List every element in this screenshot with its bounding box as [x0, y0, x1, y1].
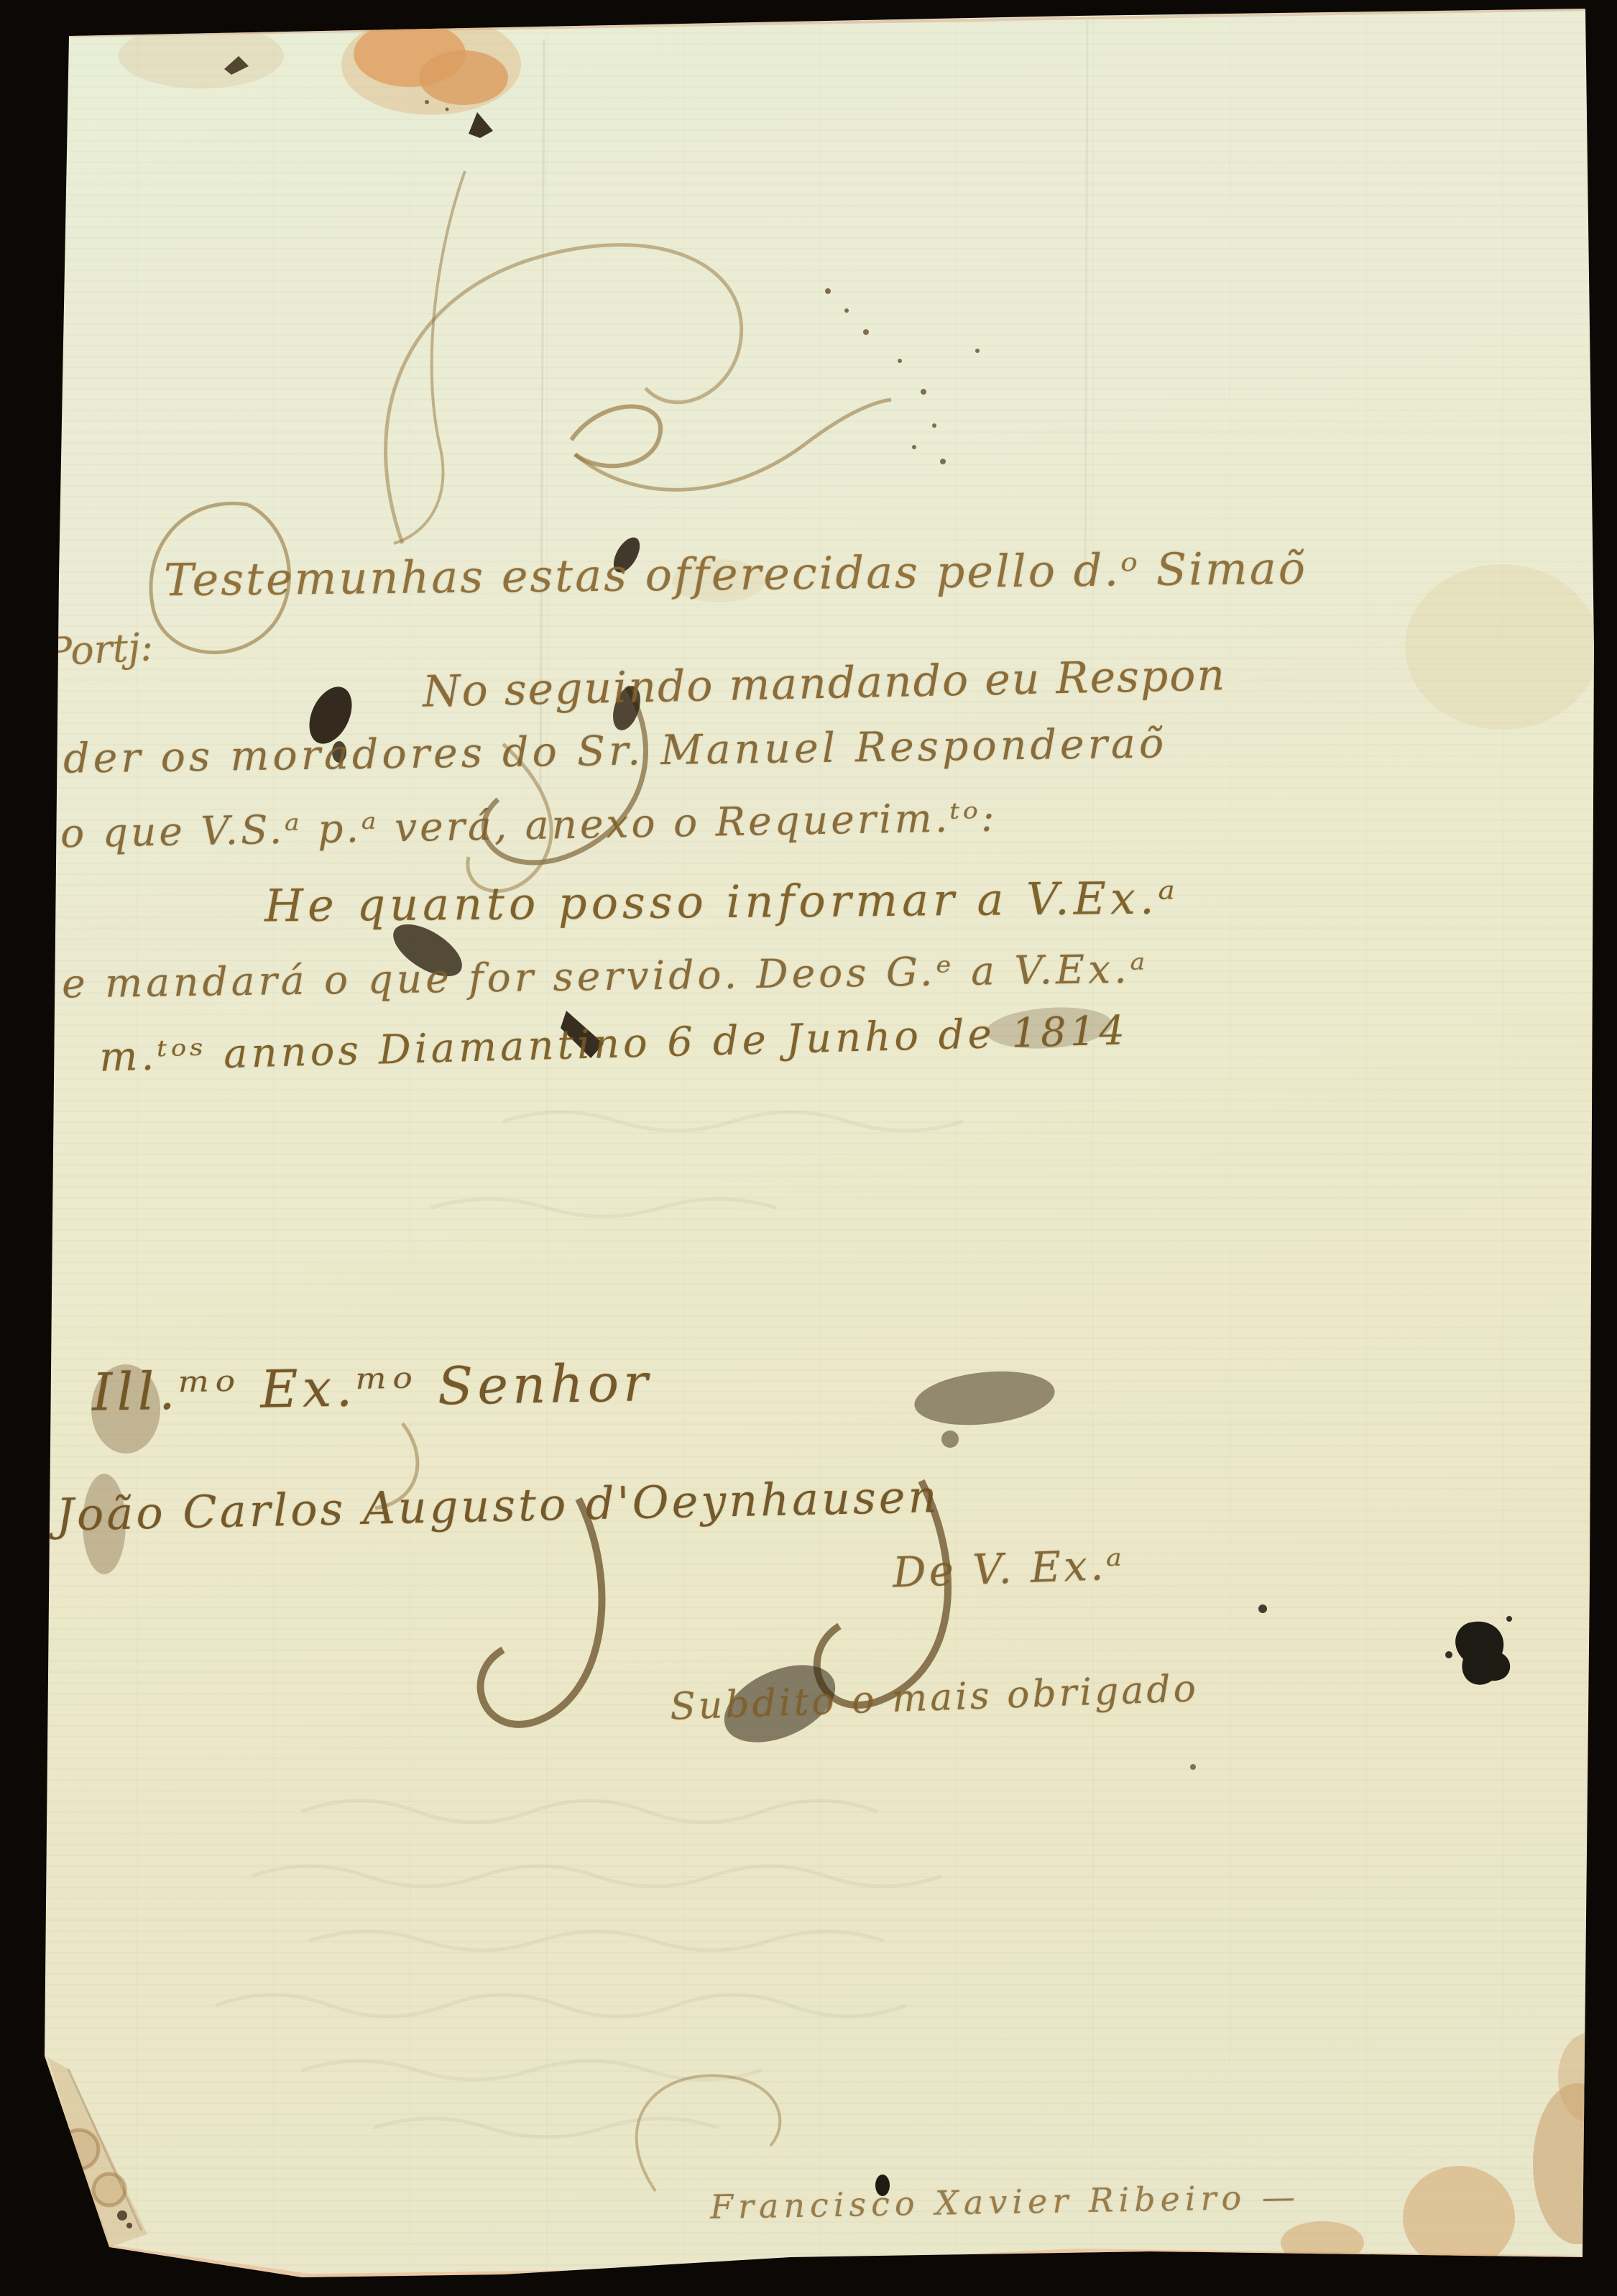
right-middle-stain — [1405, 564, 1599, 730]
paper-stains-and-ink-flourishes — [0, 0, 1617, 2296]
salutation: Ill.ᵐᵒ Ex.ᵐᵒ Senhor — [91, 1352, 653, 1423]
closing-formula: De V. Ex.ᵃ — [892, 1540, 1125, 1597]
ink-blot — [469, 112, 493, 138]
letter-line-5: He quanto posso informar a V.Ex.ᵃ — [264, 871, 1180, 932]
ink-blot — [912, 1365, 1057, 1431]
photograph-background: { "document": { "kind": "handwritten man… — [0, 0, 1617, 2296]
ink-splotch — [1455, 1622, 1510, 1685]
margin-note: Portj: — [45, 624, 154, 675]
manuscript-page: Testemunhas estas offerecidas pello d.ᵒ … — [0, 0, 1617, 2296]
